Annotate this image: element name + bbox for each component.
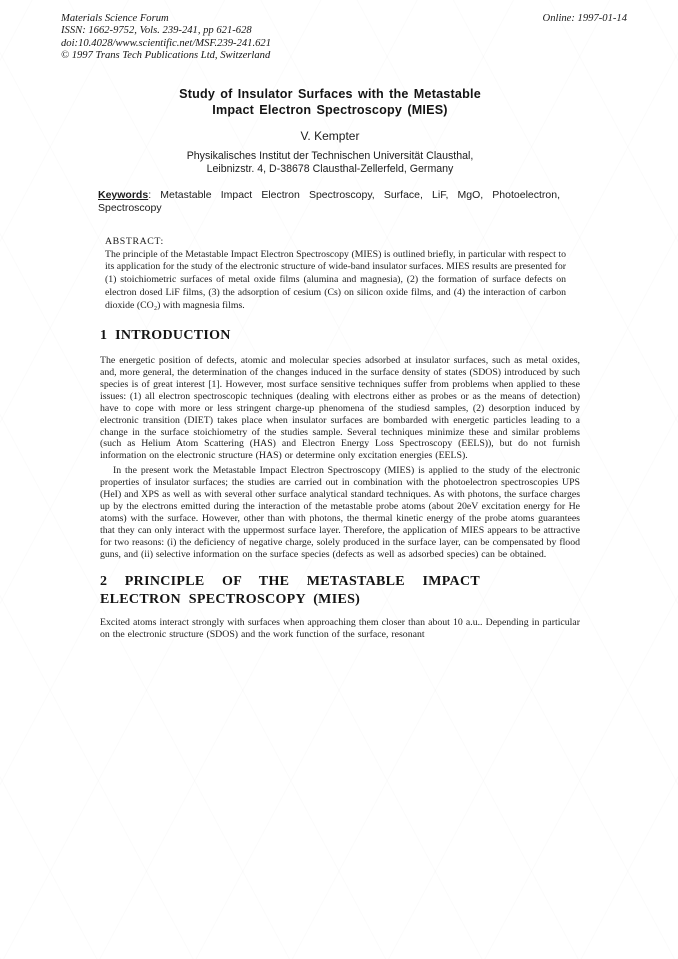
section-2-heading: 2 PRINCIPLE OF THE METASTABLE IMPACT ELE…: [100, 573, 480, 609]
keywords-label: Keywords: [98, 189, 148, 201]
section-1-paragraph-1: The energetic position of defects, atomi…: [100, 355, 580, 462]
section-2-paragraph-1: Excited atoms interact strongly with sur…: [100, 617, 580, 641]
issn-line: ISSN: 1662-9752, Vols. 239-241, pp 621-6…: [61, 25, 678, 37]
paper-title-line1: Study of Insulator Surfaces with the Met…: [70, 86, 590, 102]
author-name: V. Kempter: [70, 129, 590, 143]
affiliation-line2: Leibnizstr. 4, D-38678 Clausthal-Zellerf…: [70, 163, 590, 176]
paper-page: Materials Science Forum ISSN: 1662-9752,…: [0, 0, 678, 959]
doi-line: doi:10.4028/www.scientific.net/MSF.239-2…: [61, 38, 678, 50]
section-1-paragraph-2: In the present work the Metastable Impac…: [100, 465, 580, 560]
affiliation: Physikalisches Institut der Technischen …: [70, 150, 590, 176]
title-block: Study of Insulator Surfaces with the Met…: [70, 86, 590, 176]
keywords-text: Metastable Impact Electron Spectroscopy,…: [98, 189, 560, 214]
abstract-block: ABSTRACT: The principle of the Metastabl…: [105, 236, 566, 313]
journal-header: Materials Science Forum ISSN: 1662-9752,…: [0, 0, 678, 63]
abstract-text: The principle of the Metastable Impact E…: [105, 249, 566, 314]
section-1-heading: 1 INTRODUCTION: [100, 327, 678, 345]
paper-title-line2: Impact Electron Spectroscopy (MIES): [70, 102, 590, 118]
keywords-colon: :: [148, 189, 160, 201]
copyright-line: © 1997 Trans Tech Publications Ltd, Swit…: [61, 50, 678, 62]
paper-title: Study of Insulator Surfaces with the Met…: [70, 86, 590, 118]
affiliation-line1: Physikalisches Institut der Technischen …: [70, 150, 590, 163]
abstract-label: ABSTRACT:: [105, 236, 566, 249]
keywords-block: Keywords: Metastable Impact Electron Spe…: [98, 189, 560, 215]
online-date: Online: 1997-01-14: [543, 13, 627, 25]
